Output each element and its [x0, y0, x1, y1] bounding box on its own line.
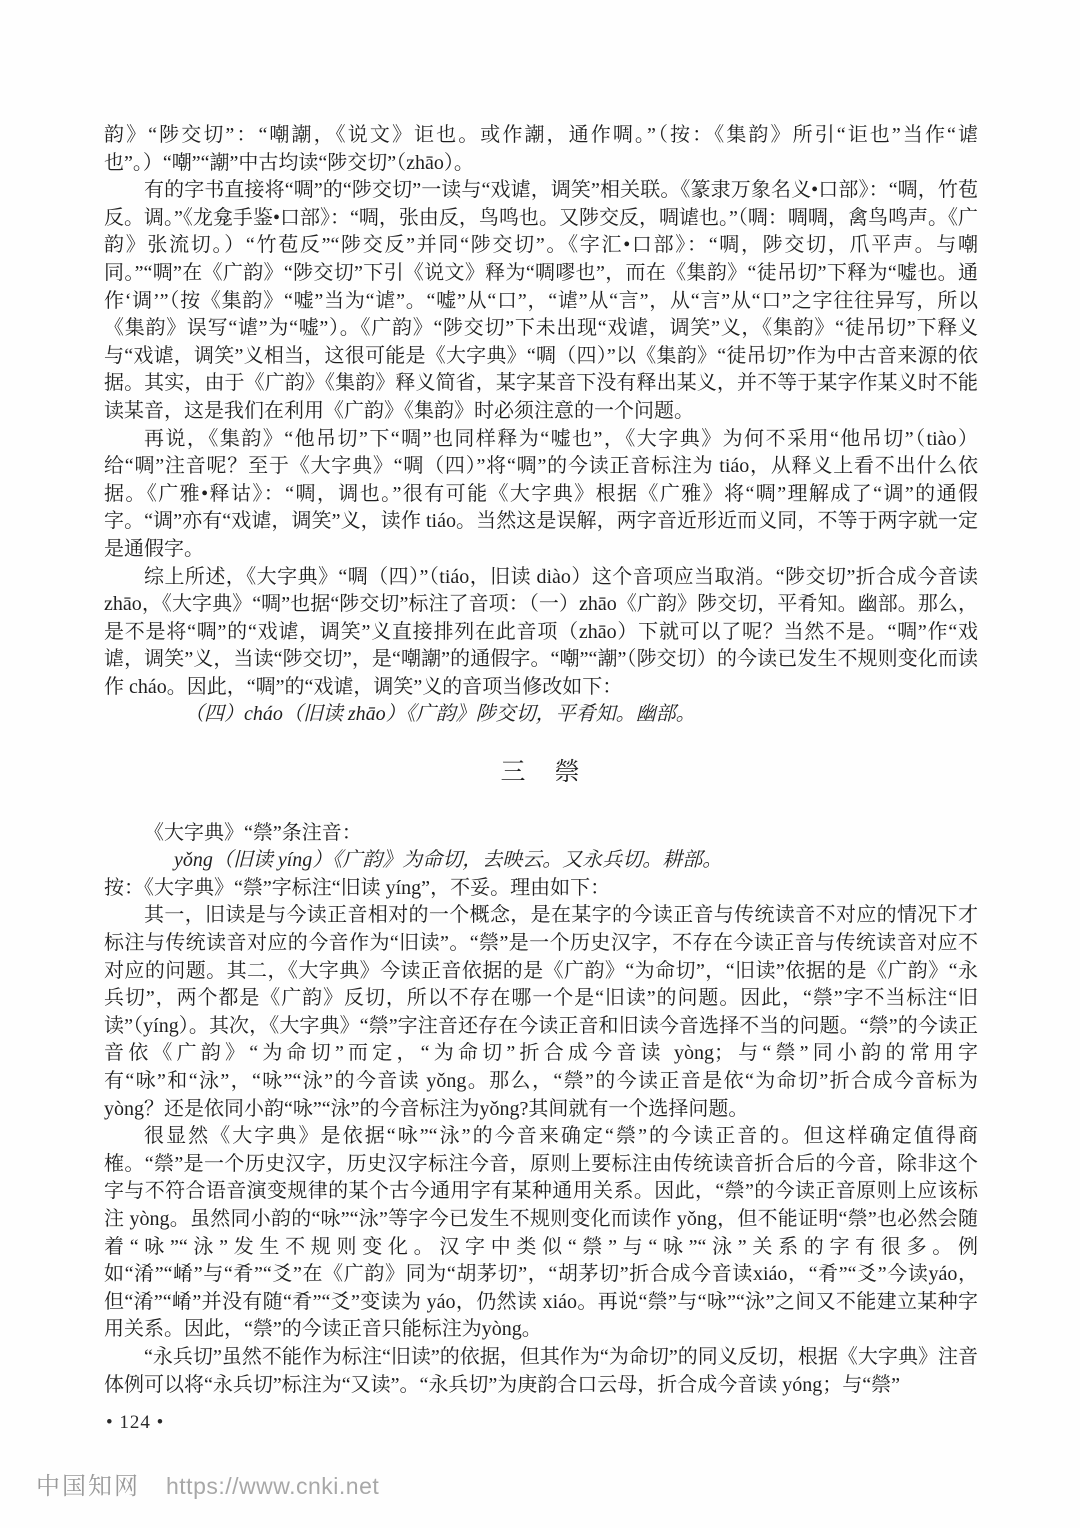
- section-heading: 三 禜: [104, 759, 978, 787]
- paragraph: 很显然《大字典》是依据“咏”“泳”的今音来确定“禜”的今读正音的。但这样确定值得…: [104, 1123, 978, 1344]
- phonetic-entry-line: yǒng（旧读 yíng）《广韵》为命切，去映云。又永兵切。耕部。: [104, 847, 978, 875]
- paragraph: 有的字书直接将“啁”的“陟交切”一读与“戏谑，调笑”相关联。《篆隶万象名义•口部…: [104, 177, 978, 425]
- paragraph: 按：《大字典》“禜”字标注“旧读 yíng”，不妥。理由如下：: [104, 875, 978, 903]
- phonetic-entry-line: （四）cháo（旧读 zhāo）《广韵》陟交切，平肴知。幽部。: [104, 701, 978, 729]
- footer-watermark: 中国知网 https://www.cnki.net: [36, 1466, 379, 1501]
- paragraph: 再说，《集韵》“他吊切”下“啁”也同样释为“嘘也”，《大字典》为何不采用“他吊切…: [104, 426, 978, 564]
- paragraph: “永兵切”虽然不能作为标注“旧读”的依据，但其作为“为命切”的同义反切，根据《大…: [104, 1344, 978, 1399]
- paragraph: 其一，旧读是与今读正音相对的一个概念，是在某字的今读正音与传统读音不对应的情况下…: [104, 902, 978, 1123]
- cnki-url: https://www.cnki.net: [166, 1473, 379, 1500]
- cnki-site-name: 中国知网: [36, 1466, 140, 1501]
- paragraph: 综上所述，《大字典》“啁（四）”（tiáo，旧读 diào）这个音项应当取消。“…: [104, 564, 978, 702]
- paragraph: 《大字典》“禜”条注音：: [104, 820, 978, 848]
- page-number: • 124 •: [106, 1412, 164, 1434]
- paragraph-continuation: 韵》“陟交切”：“嘲謿，《说文》讵也。或作謿，通作啁。”（按：《集韵》所引“讵也…: [104, 122, 978, 177]
- text-content: 韵》“陟交切”：“嘲謿，《说文》讵也。或作謿，通作啁。”（按：《集韵》所引“讵也…: [104, 122, 978, 1399]
- scanned-journal-page: 韵》“陟交切”：“嘲謿，《说文》讵也。或作謿，通作啁。”（按：《集韵》所引“讵也…: [0, 0, 1080, 1528]
